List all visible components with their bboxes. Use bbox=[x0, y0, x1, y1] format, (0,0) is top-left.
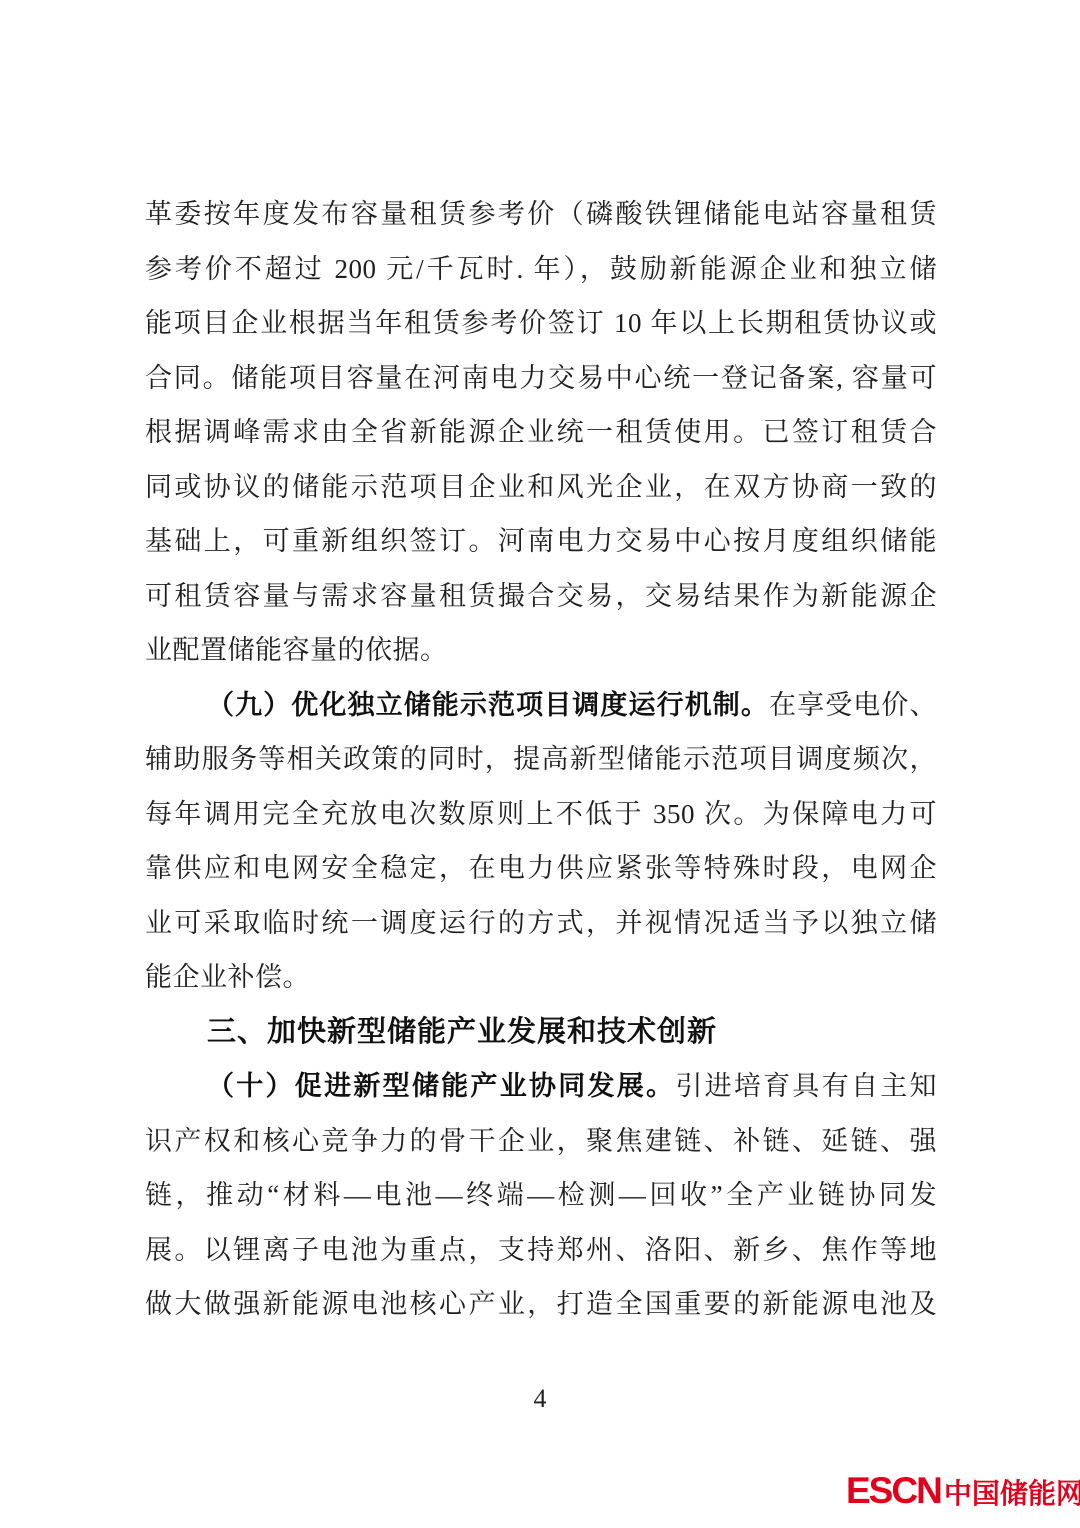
body-text: 合同。储能项目容量在河南电力交易中心统一登记备案, 容量可 bbox=[145, 363, 937, 393]
document-page: 革委按年度发布容量租赁参考价（磷酸铁锂储能电站容量租赁参考价不超过 200 元/… bbox=[0, 0, 1080, 1528]
escn-logo: ESCN中国储能网 bbox=[846, 1472, 1080, 1509]
text-line: 能企业补偿。 bbox=[145, 950, 937, 1005]
page-number: 4 bbox=[0, 1384, 1080, 1414]
body-text: 每年调用完全充放电次数原则上不低于 350 次。为保障电力可 bbox=[145, 799, 937, 829]
text-line: 可租赁容量与需求容量租赁撮合交易，交易结果作为新能源企 bbox=[145, 569, 937, 624]
section-heading: 三、加快新型储能产业发展和技术创新 bbox=[145, 1005, 937, 1060]
text-line: 链，推动“材料—电池—终端—检测—回收”全产业链协同发 bbox=[145, 1168, 937, 1223]
body-text: 靠供应和电网安全稳定，在电力供应紧张等特殊时段，电网企 bbox=[145, 853, 937, 883]
body-text: 根据调峰需求由全省新能源企业统一租赁使用。已签订租赁合 bbox=[145, 417, 937, 447]
text-line: 合同。储能项目容量在河南电力交易中心统一登记备案, 容量可 bbox=[145, 351, 937, 406]
body-text: 能企业补偿。 bbox=[145, 962, 310, 992]
paragraph-heading: （十）促进新型储能产业协同发展。 bbox=[207, 1071, 675, 1101]
text-line: 每年调用完全充放电次数原则上不低于 350 次。为保障电力可 bbox=[145, 787, 937, 842]
text-line: 业可采取临时统一调度运行的方式，并视情况适当予以独立储 bbox=[145, 896, 937, 951]
body-text: 可租赁容量与需求容量租赁撮合交易，交易结果作为新能源企 bbox=[145, 581, 937, 611]
text-line: （十）促进新型储能产业协同发展。引进培育具有自主知 bbox=[145, 1059, 937, 1114]
body-text: 业配置储能容量的依据。 bbox=[145, 635, 448, 665]
text-line: 基础上，可重新组织签订。河南电力交易中心按月度组织储能 bbox=[145, 514, 937, 569]
body-text: 业可采取临时统一调度运行的方式，并视情况适当予以独立储 bbox=[145, 908, 937, 938]
body-text: 链，推动“材料—电池—终端—检测—回收”全产业链协同发 bbox=[145, 1180, 937, 1210]
text-line: 能项目企业根据当年租赁参考价签订 10 年以上长期租赁协议或 bbox=[145, 296, 937, 351]
body-text: 能项目企业根据当年租赁参考价签订 10 年以上长期租赁协议或 bbox=[145, 308, 937, 338]
text-line: 革委按年度发布容量租赁参考价（磷酸铁锂储能电站容量租赁 bbox=[145, 187, 937, 242]
body-text: 识产权和核心竞争力的骨干企业，聚焦建链、补链、延链、强 bbox=[145, 1126, 937, 1156]
body-text: 在享受电价、 bbox=[769, 690, 937, 720]
body-text: 参考价不超过 200 元/千瓦时. 年），鼓励新能源企业和独立储 bbox=[145, 254, 937, 284]
text-line: 业配置储能容量的依据。 bbox=[145, 623, 937, 678]
text-line: 做大做强新能源电池核心产业，打造全国重要的新能源电池及 bbox=[145, 1277, 937, 1332]
heading-text: 三、加快新型储能产业发展和技术创新 bbox=[207, 1016, 717, 1048]
body-text: 革委按年度发布容量租赁参考价（磷酸铁锂储能电站容量租赁 bbox=[145, 199, 937, 229]
logo-cjk-text: 中国储能网 bbox=[944, 1478, 1080, 1509]
text-line: 根据调峰需求由全省新能源企业统一租赁使用。已签订租赁合 bbox=[145, 405, 937, 460]
text-line: 展。以锂离子电池为重点，支持郑州、洛阳、新乡、焦作等地 bbox=[145, 1223, 937, 1278]
text-line: 辅助服务等相关政策的同时，提高新型储能示范项目调度频次， bbox=[145, 732, 937, 787]
body-text: 引进培育具有自主知 bbox=[675, 1071, 937, 1101]
logo-latin-text: ESCN bbox=[846, 1470, 941, 1511]
text-line: 同或协议的储能示范项目企业和风光企业，在双方协商一致的 bbox=[145, 460, 937, 515]
document-body: 革委按年度发布容量租赁参考价（磷酸铁锂储能电站容量租赁参考价不超过 200 元/… bbox=[145, 187, 937, 1332]
body-text: 做大做强新能源电池核心产业，打造全国重要的新能源电池及 bbox=[145, 1289, 937, 1319]
body-text: 基础上，可重新组织签订。河南电力交易中心按月度组织储能 bbox=[145, 526, 937, 556]
text-line: 识产权和核心竞争力的骨干企业，聚焦建链、补链、延链、强 bbox=[145, 1114, 937, 1169]
body-text: 辅助服务等相关政策的同时，提高新型储能示范项目调度频次， bbox=[145, 744, 937, 774]
text-line: 参考价不超过 200 元/千瓦时. 年），鼓励新能源企业和独立储 bbox=[145, 242, 937, 297]
text-line: 靠供应和电网安全稳定，在电力供应紧张等特殊时段，电网企 bbox=[145, 841, 937, 896]
body-text: 同或协议的储能示范项目企业和风光企业，在双方协商一致的 bbox=[145, 472, 937, 502]
body-text: 展。以锂离子电池为重点，支持郑州、洛阳、新乡、焦作等地 bbox=[145, 1235, 937, 1265]
text-line: （九）优化独立储能示范项目调度运行机制。在享受电价、 bbox=[145, 678, 937, 733]
paragraph-heading: （九）优化独立储能示范项目调度运行机制。 bbox=[207, 690, 769, 720]
